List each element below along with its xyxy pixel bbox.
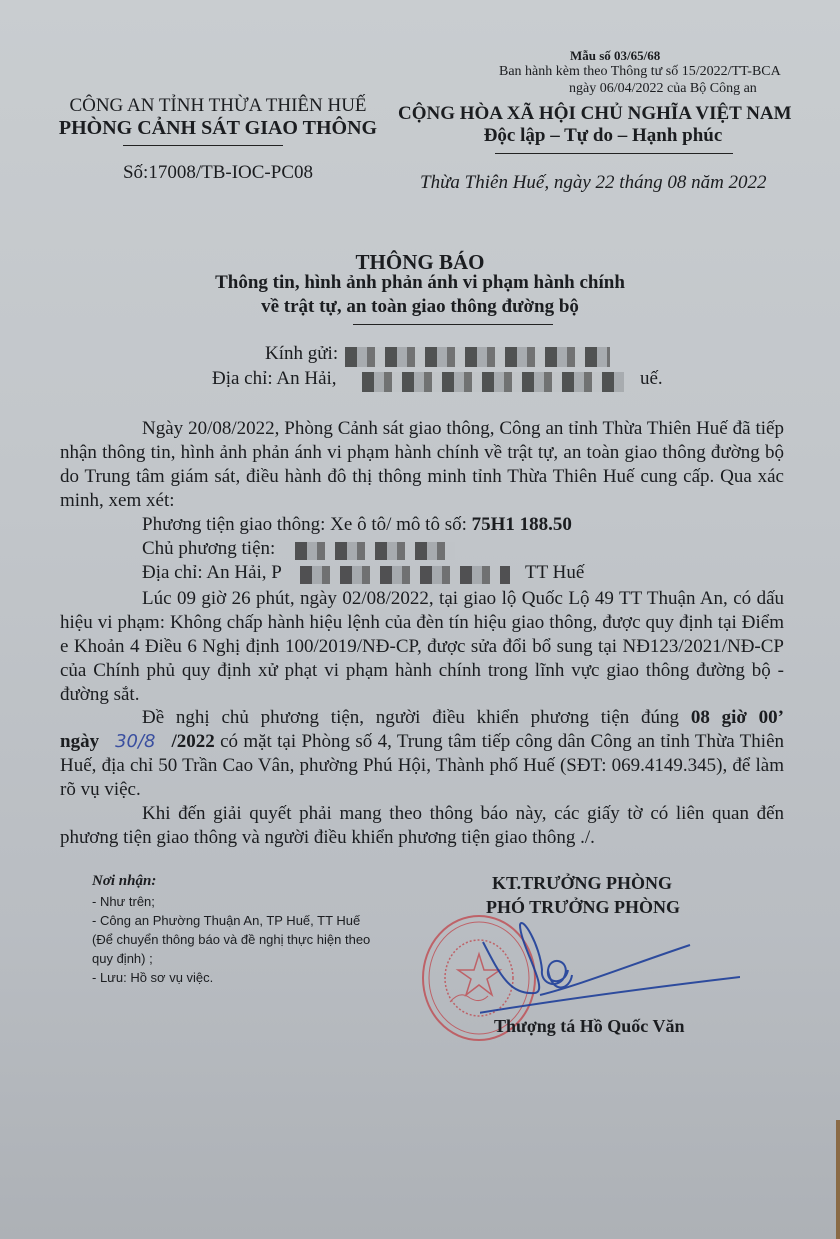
document-subtitle-line1: Thông tin, hình ảnh phản ánh vi phạm hàn…: [0, 272, 840, 294]
violation-paragraph: Lúc 09 giờ 26 phút, ngày 02/08/2022, tại…: [60, 587, 784, 707]
request-day-label: ngày: [60, 731, 99, 752]
closing-paragraph: Khi đến giải quyết phải mang theo thông …: [60, 802, 784, 850]
issued-with-line1: Ban hành kèm theo Thông tư số 15/2022/TT…: [499, 64, 781, 80]
recipient-item: quy định) ;: [92, 951, 153, 966]
motto: Độc lập – Tự do – Hạnh phúc: [398, 125, 808, 147]
redacted-owner: [295, 542, 455, 560]
request-year: /2022: [171, 731, 214, 752]
agency-name: CÔNG AN TỈNH THỪA THIÊN HUẾ: [48, 95, 388, 117]
intro-paragraph: Ngày 20/08/2022, Phòng Cảnh sát giao thô…: [60, 417, 784, 513]
owner-address-label: Địa chỉ: An Hải, P: [142, 562, 282, 584]
vehicle-line: Phương tiện giao thông: Xe ô tô/ mô tô s…: [142, 514, 572, 536]
recipients-heading: Nơi nhận:: [92, 873, 156, 890]
motto-underline: [495, 153, 733, 154]
desk-edge: [836, 1120, 840, 1239]
handwritten-date: 30/8: [115, 731, 155, 752]
document-subtitle-line2: về trật tự, an toàn giao thông đường bộ: [0, 296, 840, 318]
redacted-addressee: [345, 347, 610, 367]
title-underline: [353, 324, 553, 325]
form-number: Mẫu số 03/65/68: [570, 48, 660, 64]
addressee-label: Kính gửi:: [265, 343, 338, 365]
department-name: PHÒNG CẢNH SÁT GIAO THÔNG: [48, 117, 388, 140]
nation-heading: CỘNG HÒA XÃ HỘI CHỦ NGHĨA VIỆT NAM: [398, 103, 792, 125]
request-time: 08 giờ 00’: [691, 707, 784, 728]
addressee-address-tail: uế.: [640, 368, 663, 390]
redacted-owner-address: [300, 566, 510, 584]
addressee-address-label: Địa chỉ: An Hải,: [212, 368, 337, 390]
recipient-item: - Lưu: Hồ sơ vụ việc.: [92, 970, 213, 985]
signature-title-line1: KT.TRƯỞNG PHÒNG: [492, 873, 672, 894]
issued-with-line2: ngày 06/04/2022 của Bộ Công an: [569, 81, 757, 97]
owner-label: Chủ phương tiện:: [142, 538, 275, 560]
vehicle-label: Phương tiện giao thông: Xe ô tô/ mô tô s…: [142, 514, 472, 535]
signer-name: Thượng tá Hồ Quốc Văn: [494, 1016, 684, 1037]
department-underline: [123, 145, 283, 146]
recipient-item: - Công an Phường Thuận An, TP Huế, TT Hu…: [92, 913, 360, 928]
request-paragraph: Đề nghị chủ phương tiện, người điều khiể…: [60, 706, 784, 802]
vehicle-plate: 75H1 188.50: [472, 514, 572, 535]
recipient-item: - Như trên;: [92, 894, 155, 909]
document-number: Số:17008/TB-IOC-PC08: [48, 162, 388, 184]
owner-address-tail: TT Huế: [525, 562, 584, 584]
redacted-address: [362, 372, 624, 392]
place-date: Thừa Thiên Huế, ngày 22 tháng 08 năm 202…: [420, 172, 767, 194]
recipient-item: (Để chuyển thông báo và đề nghị thực hiệ…: [92, 932, 370, 947]
